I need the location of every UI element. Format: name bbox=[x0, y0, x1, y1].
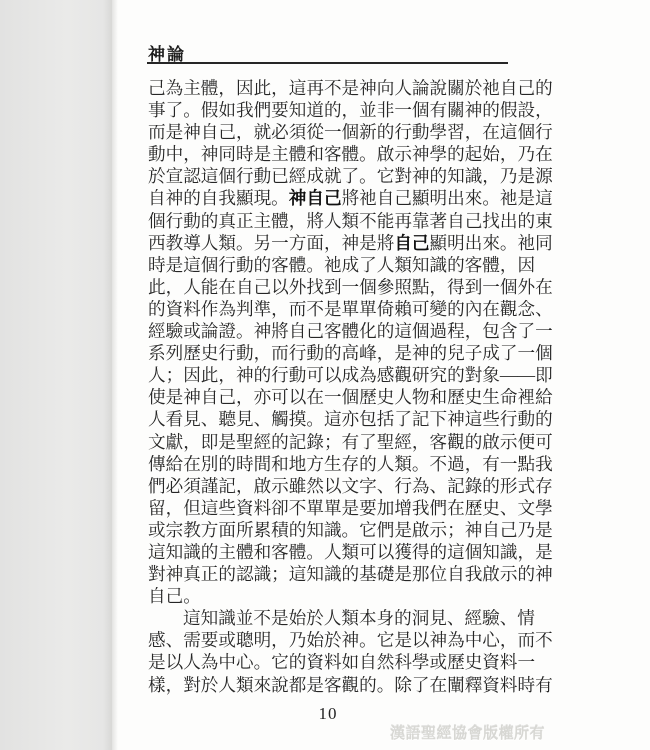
text-segment: 個行動的真正主體，將人類不能再靠著自己找出的東 bbox=[148, 211, 553, 231]
bold-text-segment: 神自己 bbox=[289, 188, 342, 208]
text-line: 此，人能在自己以外找到一個參照點，得到一個外在 bbox=[148, 276, 508, 298]
text-line: 而是神自己，就必須從一個新的行動學習，在這個行 bbox=[148, 121, 508, 143]
text-line: 這知識的主體和客體。人類可以獲得的這個知識，是 bbox=[148, 541, 508, 563]
text-line: 留，但這些資料卻不單單是要加增我們在歷史、文學 bbox=[148, 497, 508, 519]
text-segment: 動中，神同時是主體和客體。啟示神學的起始，乃在 bbox=[148, 144, 553, 164]
text-line: 文獻，即是聖經的記錄；有了聖經，客觀的啟示便可 bbox=[148, 431, 508, 453]
text-segment: 人；因此，神的行動可以成為感觀研究的對象——即 bbox=[148, 365, 553, 385]
text-segment: 使是神自己，亦可以在一個歷史人物和歷史生命裡給 bbox=[148, 387, 553, 407]
text-line: 對神真正的認識；這知識的基礎是那位自我啟示的神 bbox=[148, 563, 508, 585]
text-segment: 顯明出來。祂同 bbox=[430, 233, 553, 253]
text-segment: 自己。 bbox=[148, 586, 201, 606]
text-line: 人；因此，神的行動可以成為感觀研究的對象——即 bbox=[148, 364, 508, 386]
page-gutter-background bbox=[0, 0, 112, 750]
text-line: 人看見、聽見、觸摸。這亦包括了記下神這些行動的 bbox=[148, 408, 508, 430]
text-line: 這知識並不是始於人類本身的洞見、經驗、情 bbox=[148, 607, 508, 629]
text-line: 的資料作為判準，而不是單單倚賴可變的內在觀念、 bbox=[148, 298, 508, 320]
text-segment: 事了。假如我們要知道的，並非一個有關神的假設， bbox=[148, 100, 553, 120]
text-segment: 文獻，即是聖經的記錄；有了聖經，客觀的啟示便可 bbox=[148, 432, 553, 452]
text-line: 西教導人類。另一方面，神是將自己顯明出來。祂同 bbox=[148, 232, 508, 254]
text-line: 們必須謹記，啟示雖然以文字、行為、記錄的形式存 bbox=[148, 475, 508, 497]
text-segment: 己為主體，因此，這再不是神向人論說關於祂自己的 bbox=[148, 78, 553, 98]
text-segment: 是以人為中心。它的資料如自然科學或歷史資料一 bbox=[148, 652, 535, 672]
text-segment: 感、需要或聰明，乃始於神。它是以神為中心，而不 bbox=[148, 630, 553, 650]
text-line: 是以人為中心。它的資料如自然科學或歷史資料一 bbox=[148, 651, 508, 673]
text-line: 自己。 bbox=[148, 585, 508, 607]
body-text: 己為主體，因此，這再不是神向人論說關於祂自己的事了。假如我們要知道的，並非一個有… bbox=[148, 77, 508, 696]
text-segment: 西教導人類。另一方面，神是將 bbox=[148, 233, 394, 253]
text-segment: 時是這個行動的客體。祂成了人類知識的客體，因 bbox=[148, 255, 535, 275]
page-edge-shadow bbox=[112, 0, 118, 750]
header-rule bbox=[147, 62, 508, 64]
text-segment: 此，人能在自己以外找到一個參照點，得到一個外在 bbox=[148, 277, 553, 297]
text-segment: 將祂自己顯明出來。祂是這 bbox=[342, 188, 553, 208]
text-segment: 這知識的主體和客體。人類可以獲得的這個知識，是 bbox=[148, 542, 553, 562]
text-line: 個行動的真正主體，將人類不能再靠著自己找出的東 bbox=[148, 210, 508, 232]
text-segment: 樣，對於人類來說都是客觀的。除了在闡釋資料時有 bbox=[148, 675, 553, 695]
copyright-watermark: 漢語聖經協會版權所有 bbox=[390, 722, 545, 743]
text-segment: 人看見、聽見、觸摸。這亦包括了記下神這些行動的 bbox=[148, 409, 553, 429]
bold-text-segment: 自己 bbox=[394, 233, 429, 253]
text-line: 傳給在別的時間和地方生存的人類。不過，有一點我 bbox=[148, 453, 508, 475]
scanned-book-page: 神論 己為主體，因此，這再不是神向人論說關於祂自己的事了。假如我們要知道的，並非… bbox=[0, 0, 650, 750]
text-segment: 或宗教方面所累積的知識。它們是啟示；神自己乃是 bbox=[148, 520, 553, 540]
text-segment: 留，但這些資料卻不單單是要加增我們在歷史、文學 bbox=[148, 498, 553, 518]
text-segment: 傳給在別的時間和地方生存的人類。不過，有一點我 bbox=[148, 454, 553, 474]
text-line: 己為主體，因此，這再不是神向人論說關於祂自己的 bbox=[148, 77, 508, 99]
text-segment: 這知識並不是始於人類本身的洞見、經驗、情 bbox=[183, 608, 535, 628]
text-line: 事了。假如我們要知道的，並非一個有關神的假設， bbox=[148, 99, 508, 121]
text-line: 自神的自我顯現。神自己將祂自己顯明出來。祂是這 bbox=[148, 187, 508, 209]
page-number: 10 bbox=[148, 704, 508, 724]
text-line: 或宗教方面所累積的知識。它們是啟示；神自己乃是 bbox=[148, 519, 508, 541]
text-line: 樣，對於人類來說都是客觀的。除了在闡釋資料時有 bbox=[148, 674, 508, 696]
text-line: 時是這個行動的客體。祂成了人類知識的客體，因 bbox=[148, 254, 508, 276]
text-segment: 而是神自己，就必須從一個新的行動學習，在這個行 bbox=[148, 122, 553, 142]
text-segment: 經驗或論證。神將自己客體化的這個過程，包含了一 bbox=[148, 321, 553, 341]
text-segment: 於宣認這個行動已經成就了。它對神的知識，乃是源 bbox=[148, 166, 553, 186]
text-segment: 們必須謹記，啟示雖然以文字、行為、記錄的形式存 bbox=[148, 476, 553, 496]
text-segment: 對神真正的認識；這知識的基礎是那位自我啟示的神 bbox=[148, 564, 553, 584]
text-line: 經驗或論證。神將自己客體化的這個過程，包含了一 bbox=[148, 320, 508, 342]
text-segment: 自神的自我顯現。 bbox=[148, 188, 289, 208]
text-line: 動中，神同時是主體和客體。啟示神學的起始，乃在 bbox=[148, 143, 508, 165]
text-line: 感、需要或聰明，乃始於神。它是以神為中心，而不 bbox=[148, 629, 508, 651]
text-line: 系列歷史行動，而行動的高峰，是神的兒子成了一個 bbox=[148, 342, 508, 364]
text-segment: 的資料作為判準，而不是單單倚賴可變的內在觀念、 bbox=[148, 299, 553, 319]
text-segment: 系列歷史行動，而行動的高峰，是神的兒子成了一個 bbox=[148, 343, 553, 363]
text-line: 於宣認這個行動已經成就了。它對神的知識，乃是源 bbox=[148, 165, 508, 187]
text-line: 使是神自己，亦可以在一個歷史人物和歷史生命裡給 bbox=[148, 386, 508, 408]
